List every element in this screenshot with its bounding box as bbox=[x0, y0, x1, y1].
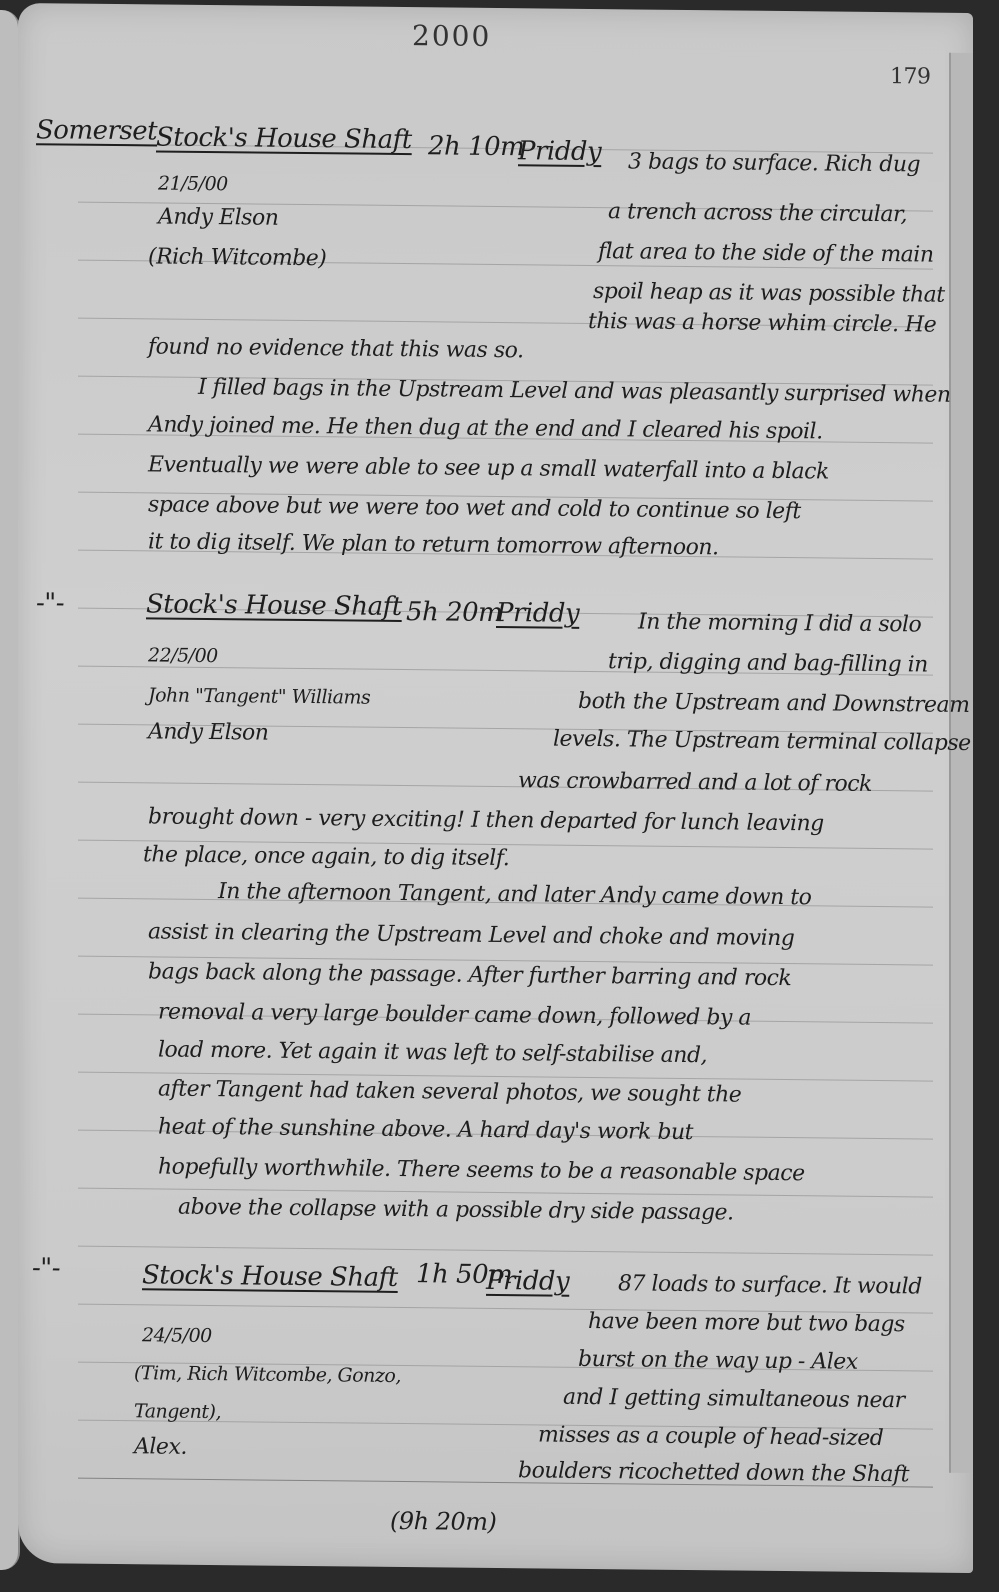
entry-line: Andy joined me. He then dug at the end a… bbox=[148, 412, 823, 444]
site-name: Stock's House Shaft bbox=[156, 122, 412, 155]
location: Priddy bbox=[518, 136, 601, 167]
entry-line: trip, digging and bag-filling in bbox=[608, 649, 928, 677]
entry-line: heat of the sunshine above. A hard day's… bbox=[158, 1114, 693, 1145]
page-stack-edge bbox=[949, 53, 973, 1473]
entry-line: it to dig itself. We plan to return tomo… bbox=[148, 529, 719, 560]
previous-page-edge bbox=[0, 10, 20, 1570]
trip-date: 24/5/00 bbox=[142, 1324, 212, 1347]
page-number: 179 bbox=[890, 64, 931, 89]
region-label: Somerset bbox=[36, 115, 157, 146]
trip-duration: 5h 20m bbox=[406, 597, 502, 628]
entry-line: both the Upstream and Downstream bbox=[578, 689, 970, 718]
entry-line: space above but we were too wet and cold… bbox=[148, 492, 801, 524]
entry-line: burst on the way up - Alex bbox=[578, 1347, 858, 1375]
entry-line: assist in clearing the Upstream Level an… bbox=[148, 919, 794, 951]
participant: Tangent), bbox=[134, 1400, 221, 1423]
entry-line: I filled bags in the Upstream Level and … bbox=[198, 375, 951, 408]
entry-line: the place, once again, to dig itself. bbox=[143, 842, 509, 871]
log-entry: -"- Stock's House Shaft 5h 20m Priddy 22… bbox=[18, 3, 973, 13]
ditto-mark: -"- bbox=[36, 588, 64, 618]
ditto-mark: -"- bbox=[32, 1253, 60, 1283]
participant: Alex. bbox=[134, 1434, 187, 1460]
trip-date: 21/5/00 bbox=[158, 172, 228, 195]
entry-line: hopefully worthwhile. There seems to be … bbox=[158, 1154, 805, 1186]
entry-line: 87 loads to surface. It would bbox=[618, 1271, 922, 1299]
participant: Andy Elson bbox=[158, 204, 278, 230]
log-entry: -"- Stock's House Shaft 1h 50m Priddy 24… bbox=[18, 3, 973, 13]
notebook-page: 2000 179 Somerset Stock's House Shaft 2h… bbox=[18, 3, 973, 1573]
location: Priddy bbox=[486, 1266, 569, 1297]
entry-line: have been more but two bags bbox=[588, 1309, 905, 1337]
entry-line: In the morning I did a solo bbox=[638, 609, 921, 637]
entry-line: spoil heap as it was possible that bbox=[593, 279, 945, 308]
entry-line: bags back along the passage. After furth… bbox=[148, 959, 791, 991]
participant: (Tim, Rich Witcombe, Gonzo, bbox=[134, 1362, 401, 1387]
entry-line: In the afternoon Tangent, and later Andy… bbox=[218, 879, 811, 910]
entry-line: boulders ricochetted down the Shaft bbox=[518, 1458, 909, 1487]
entry-line: this was a horse whim circle. He bbox=[588, 309, 936, 338]
participant: Andy Elson bbox=[148, 719, 268, 745]
entry-line: levels. The Upstream terminal collapse bbox=[553, 727, 971, 756]
participant: John "Tangent" Williams bbox=[148, 684, 370, 708]
ruled-line bbox=[78, 1246, 933, 1256]
entry-line: found no evidence that this was so. bbox=[148, 334, 523, 363]
entry-line: a trench across the circular, bbox=[608, 199, 907, 227]
trip-date: 22/5/00 bbox=[148, 644, 218, 667]
entry-line: above the collapse with a possible dry s… bbox=[178, 1195, 734, 1226]
entry-line: after Tangent had taken several photos, … bbox=[158, 1076, 741, 1107]
entry-line: load more. Yet again it was left to self… bbox=[158, 1037, 707, 1068]
log-entry: Somerset Stock's House Shaft 2h 10m Prid… bbox=[18, 3, 973, 13]
entry-line: was crowbarred and a lot of rock bbox=[518, 768, 872, 797]
entry-line: 3 bags to surface. Rich dug bbox=[628, 149, 920, 177]
entry-line: brought down - very exciting! I then dep… bbox=[148, 804, 824, 836]
entry-line: misses as a couple of head-sized bbox=[538, 1422, 883, 1451]
entry-line: removal a very large boulder came down, … bbox=[158, 999, 751, 1030]
site-name: Stock's House Shaft bbox=[146, 589, 402, 622]
entry-line: and I getting simultaneous near bbox=[563, 1385, 905, 1414]
entry-line: flat area to the side of the main bbox=[598, 239, 934, 268]
trip-duration: 2h 10m bbox=[428, 131, 524, 162]
site-name: Stock's House Shaft bbox=[142, 1260, 398, 1293]
participant: (Rich Witcombe) bbox=[148, 244, 326, 271]
entry-line: Eventually we were able to see up a smal… bbox=[148, 452, 829, 484]
year-heading: 2000 bbox=[412, 19, 491, 53]
location: Priddy bbox=[496, 598, 579, 629]
total-time: (9h 20m) bbox=[390, 1507, 496, 1536]
